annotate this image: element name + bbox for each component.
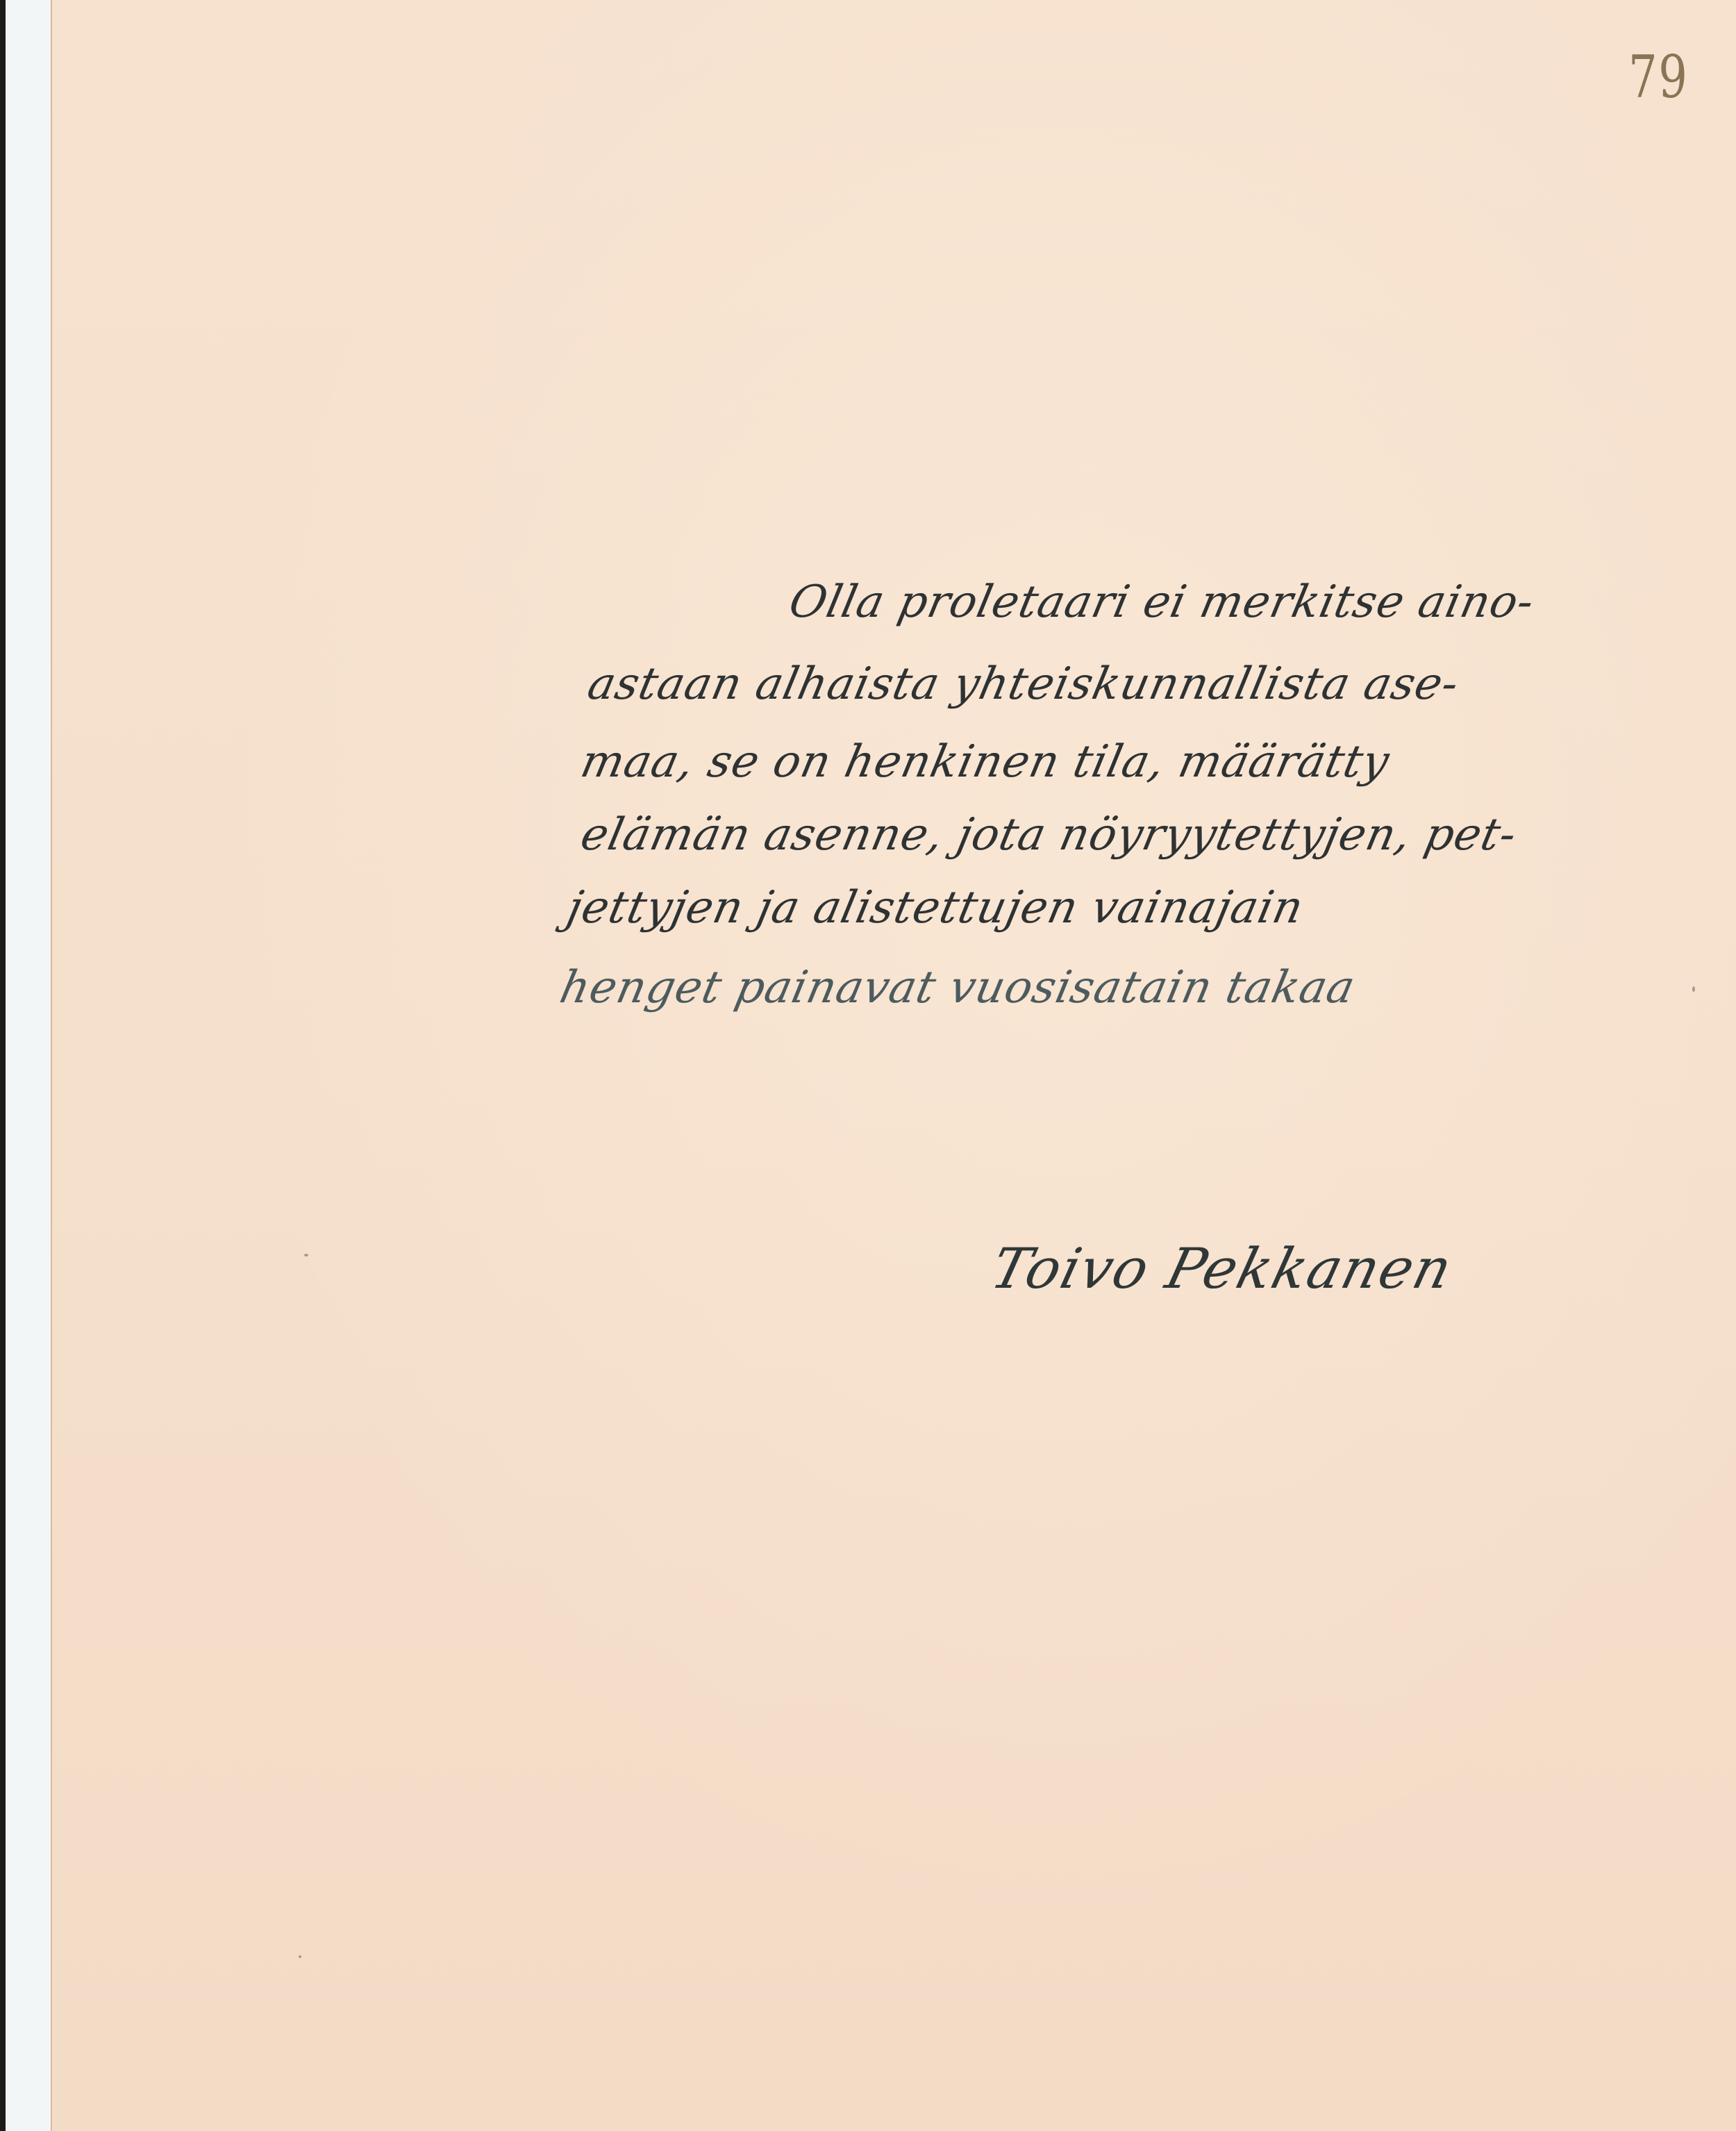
paper-speck [1692,986,1695,992]
handwritten-line-3: maa, se on henkinen tila, määrätty [576,736,1394,788]
handwritten-line-4: elämän asenne, jota nöyryytettyjen, pet- [576,809,1521,861]
handwritten-line-2: astaan alhaista yhteiskunnallista ase- [583,658,1464,710]
paper-speck [304,1254,308,1257]
handwritten-line-5: jettyjen ja alistettujen vainajain [562,882,1308,934]
scan-edge-dark [0,0,6,2131]
page-number: 79 [1628,43,1688,111]
paper-speck [299,1955,301,1958]
author-signature: Toivo Pekkanen [985,1236,1460,1301]
scan-margin-white [6,0,51,2131]
manuscript-page [51,0,1736,2131]
handwritten-line-6: henget painavat vuosisatain takaa [556,962,1360,1013]
handwritten-line-1: Olla proletaari ei merkitse aino- [785,577,1539,628]
